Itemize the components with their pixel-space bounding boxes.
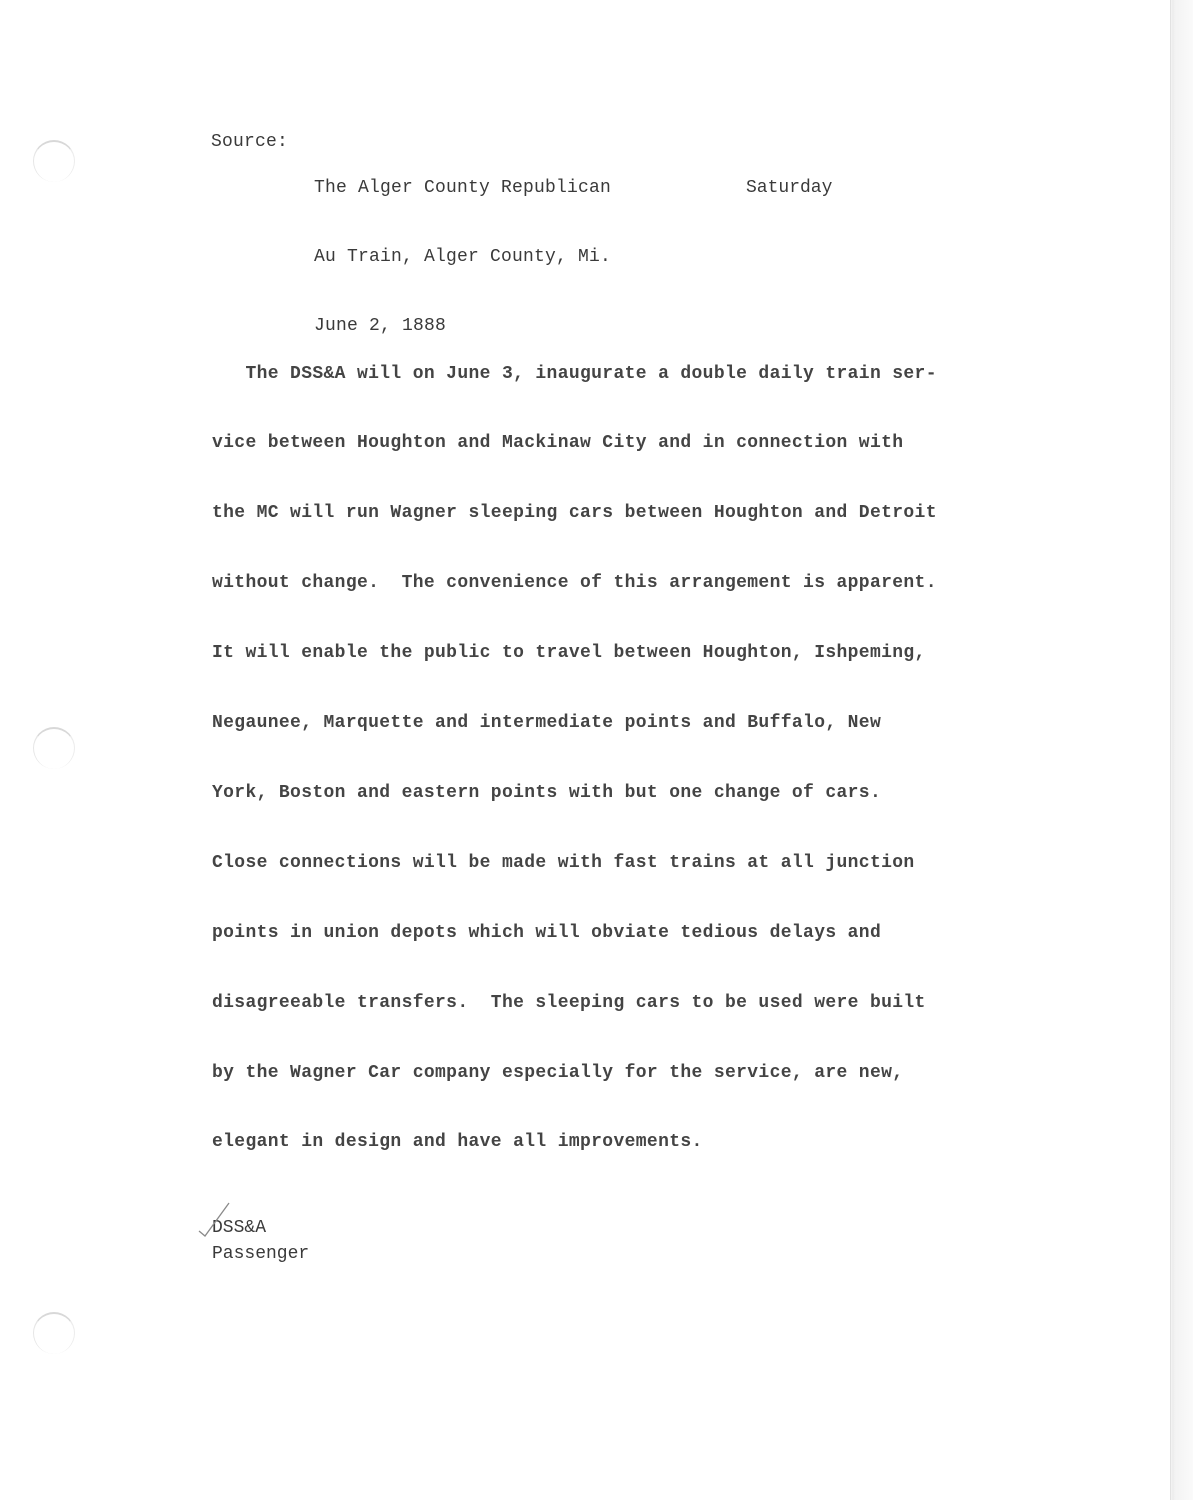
article-line: without change. The convenience of this … [212, 572, 972, 595]
article-line: the MC will run Wagner sleeping cars bet… [212, 502, 972, 525]
subject-tags: DSS&A Passenger [212, 1215, 309, 1267]
punch-hole-top [33, 140, 75, 182]
publication-name: The Alger County Republican [314, 177, 611, 200]
article-line: Negaunee, Marquette and intermediate poi… [212, 712, 972, 735]
article-line: It will enable the public to travel betw… [212, 642, 972, 665]
article-body: The DSS&A will on June 3, inaugurate a d… [212, 316, 972, 1178]
tag-category: Passenger [212, 1241, 309, 1267]
article-line: by the Wagner Car company especially for… [212, 1062, 972, 1085]
article-line: The DSS&A will on June 3, inaugurate a d… [212, 363, 972, 386]
checkmark-icon [197, 1201, 237, 1241]
article-line: elegant in design and have all improveme… [212, 1131, 972, 1154]
punch-hole-middle [33, 727, 75, 769]
article-line: points in union depots which will obviat… [212, 922, 972, 945]
article-line: disagreeable transfers. The sleeping car… [212, 992, 972, 1015]
publication-day: Saturday [746, 177, 832, 200]
punch-hole-bottom [33, 1312, 75, 1354]
publication-location: Au Train, Alger County, Mi. [314, 246, 611, 269]
article-line: Close connections will be made with fast… [212, 852, 972, 875]
article-line: York, Boston and eastern points with but… [212, 782, 972, 805]
article-line: vice between Houghton and Mackinaw City … [212, 432, 972, 455]
page-edge [1170, 0, 1193, 1500]
